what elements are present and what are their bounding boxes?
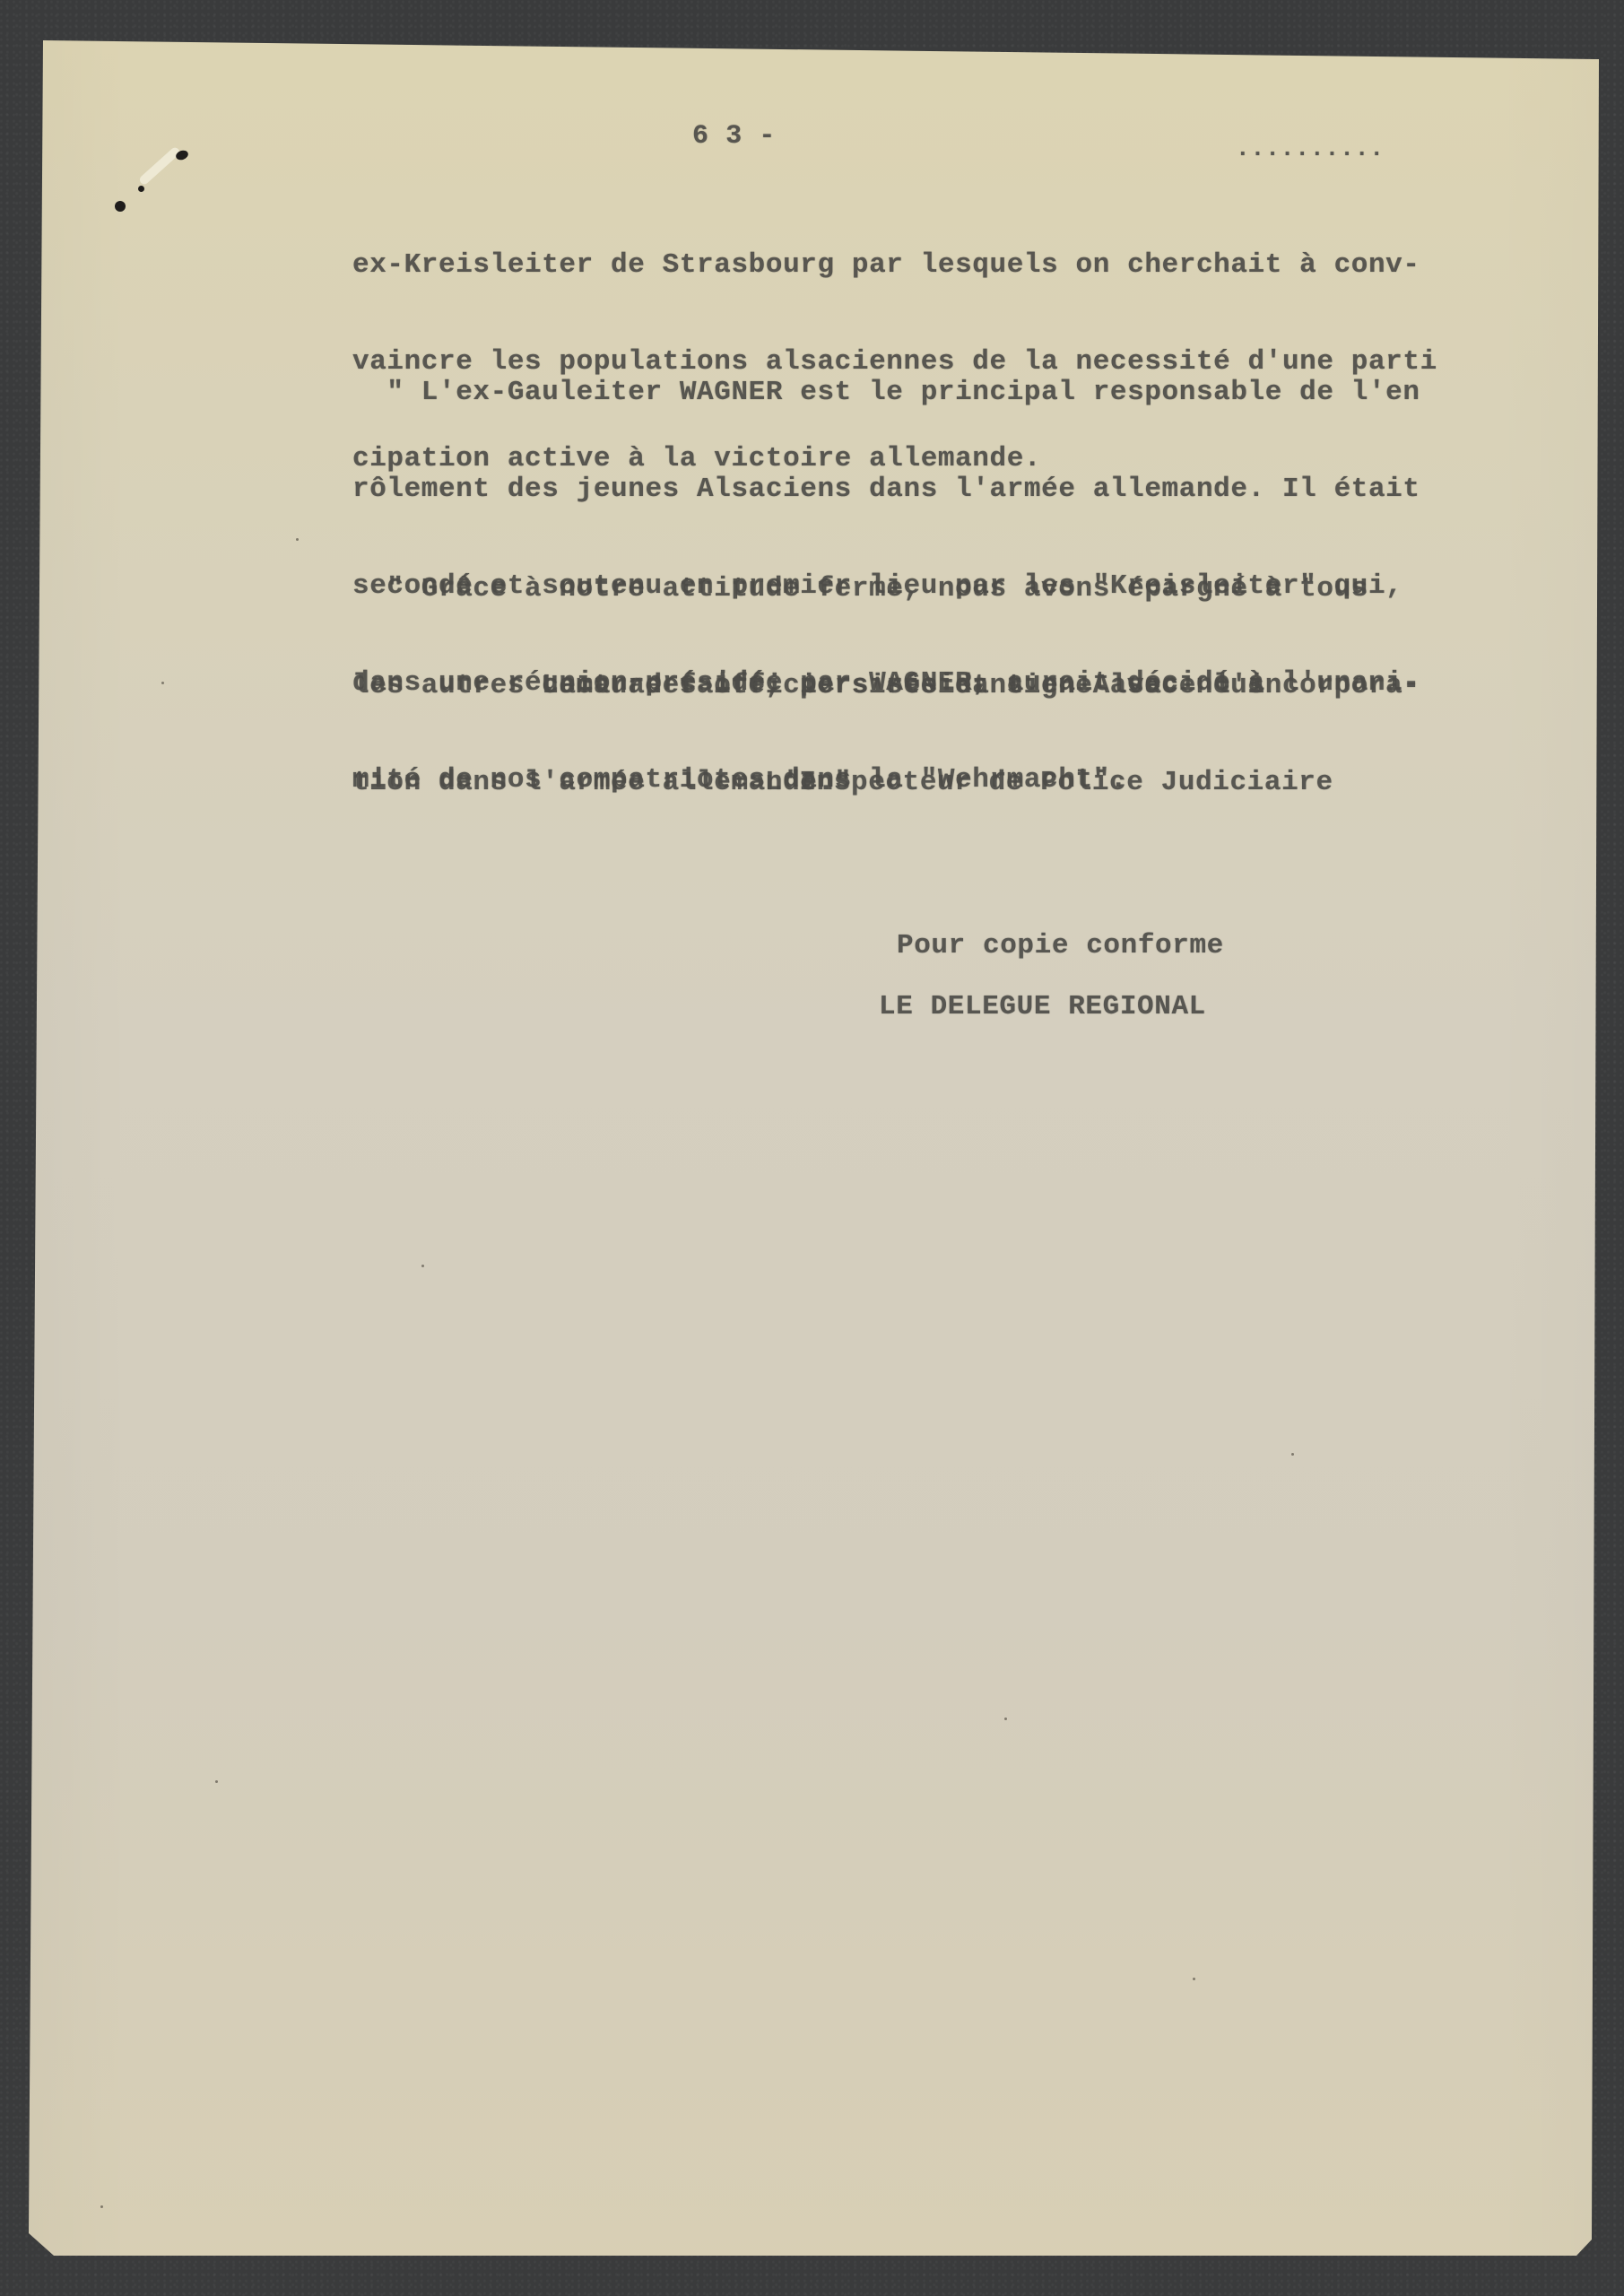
closing-formula: Lecture faite, persiste et signe avec no… <box>542 670 1265 702</box>
certifier-title: LE DELEGUE REGIONAL <box>879 991 1206 1023</box>
certification-line: Pour copie conforme <box>897 930 1224 962</box>
continuation-dots: .......... <box>1236 133 1385 165</box>
paper-tear <box>138 146 181 187</box>
punch-hole-mark <box>138 186 144 192</box>
paper-speck <box>161 682 164 684</box>
paper-speck <box>1291 1453 1294 1456</box>
page-number: 6 3 - <box>692 120 776 152</box>
text-line: " Grâce à notre attitude ferme, nous avo… <box>352 573 1420 605</box>
paper-speck <box>1004 1718 1007 1720</box>
paper-sheet: 6 3 - .......... ex-Kreisleiter de Stras… <box>0 0 1624 2296</box>
paper-speck <box>296 538 299 541</box>
paper-speck <box>100 2205 103 2208</box>
text-line: " L'ex-Gauleiter WAGNER est le principal… <box>352 377 1420 409</box>
punch-hole-mark <box>115 201 126 212</box>
text-line: rôlement des jeunes Alsaciens dans l'arm… <box>352 474 1420 506</box>
paper-speck <box>1193 1978 1195 1980</box>
paper-speck <box>421 1265 424 1267</box>
paper-speck <box>215 1780 218 1783</box>
signatory-title: L'Inspecteur de Police Judiciaire <box>765 767 1333 799</box>
text-line: ex-Kreisleiter de Strasbourg par lesquel… <box>352 249 1437 282</box>
